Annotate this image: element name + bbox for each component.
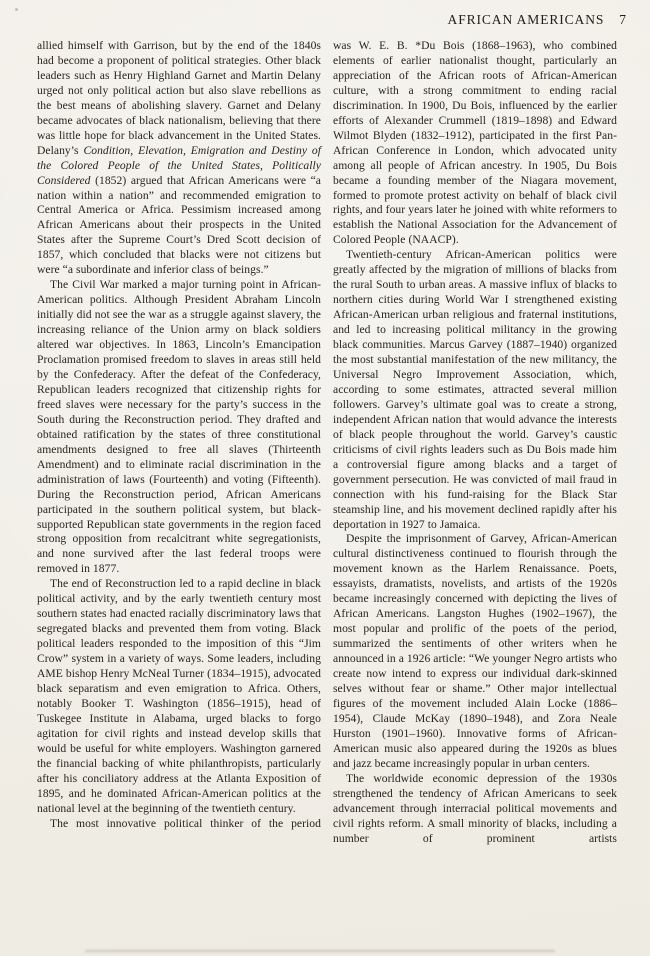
paragraph: The end of Reconstruction led to a rapid… [37,577,321,816]
running-head: AFRICAN AMERICANS7 [0,12,626,28]
body-text: allied himself with Garrison, but by the… [37,39,321,157]
body-text: Despite the imprisonment of Garvey, Afri… [333,532,617,769]
paragraph: The worldwide economic depression of the… [333,772,617,847]
page-number: 7 [619,12,626,28]
document-page: AFRICAN AMERICANS7 allied himself with G… [0,0,650,956]
body-text: (1852) argued that African Americans wer… [37,174,321,277]
text-column-right: was W. E. B. *Du Bois (1868–1963), who c… [333,39,617,846]
body-text: The Civil War marked a major turning poi… [37,278,321,575]
paragraph: Twentieth-century African-American polit… [333,248,617,532]
paragraph: Despite the imprisonment of Garvey, Afri… [333,532,617,771]
text-columns: allied himself with Garrison, but by the… [37,39,618,846]
body-text: Twentieth-century African-American polit… [333,248,617,530]
paragraph: was W. E. B. *Du Bois (1868–1963), who c… [333,39,617,248]
scan-speck [15,8,18,11]
paragraph: The Civil War marked a major turning poi… [37,278,321,577]
paragraph: The most innovative political thinker of… [37,817,321,832]
body-text: The end of Reconstruction led to a rapid… [37,577,321,814]
running-head-title: AFRICAN AMERICANS [448,12,605,27]
paragraph: allied himself with Garrison, but by the… [37,39,321,278]
scan-bottom-smear [85,950,555,952]
body-text: was W. E. B. *Du Bois (1868–1963), who c… [333,39,617,246]
body-text: The worldwide economic depression of the… [333,772,617,845]
text-column-left: allied himself with Garrison, but by the… [37,39,321,846]
body-text: The most innovative political thinker of… [50,817,321,830]
